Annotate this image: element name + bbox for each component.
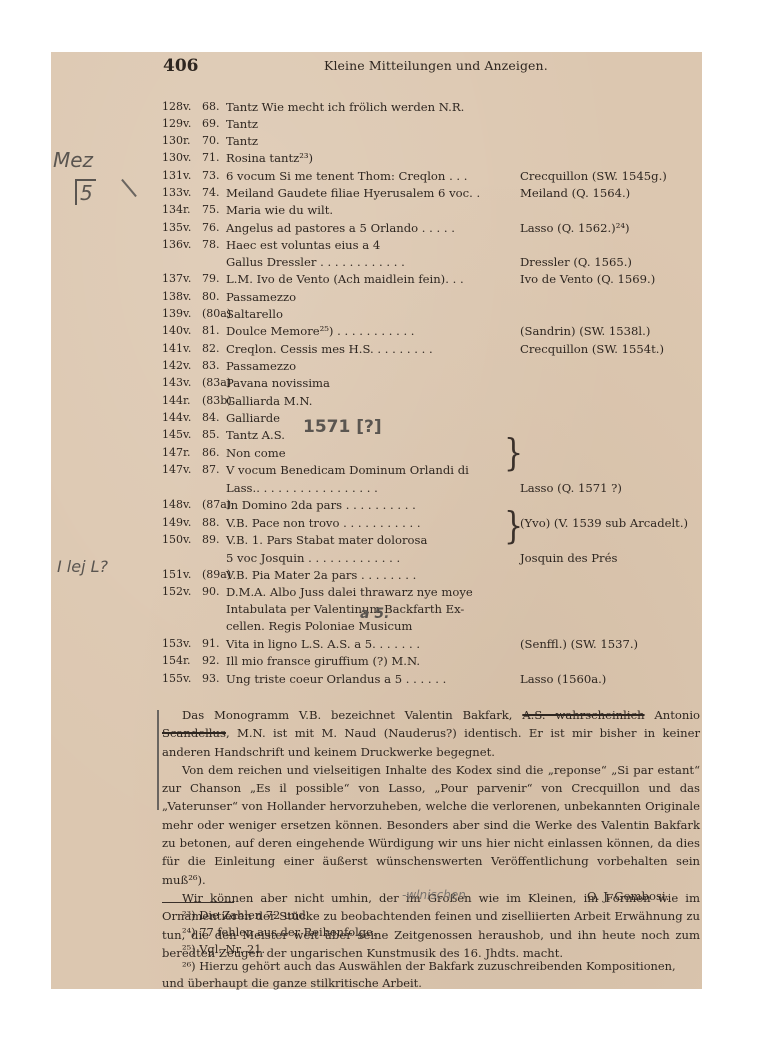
entry-title: Saltarello [226, 305, 283, 323]
entry-title: Intabulata per Valentinum Backfarth Ex- [226, 600, 464, 618]
entry-title: Passamezzo [226, 288, 296, 306]
body-text: Das Monogramm V.B. bezeichnet Valentin B… [162, 706, 700, 962]
entry-attribution: (Sandrin) (SW. 1538l.) [520, 322, 650, 340]
entry-title: Lass.. . . . . . . . . . . . . . . . . [226, 479, 378, 497]
footnote: ²⁶) Hierzu gehört auch das Auswählen der… [182, 959, 676, 973]
folio-number: 133v. [162, 184, 202, 202]
folio-number: 147v. [162, 461, 202, 479]
entry-title: Passamezzo [226, 357, 296, 375]
entry-attribution: Crecquillon (SW. 1545g.) [520, 167, 667, 185]
entry-title: Meiland Gaudete filiae Hyerusalem 6 voc.… [226, 184, 480, 202]
folio-number: 154r. [162, 652, 202, 670]
entry-attribution: (Senffl.) (SW. 1537.) [520, 635, 638, 653]
entry-title: Creqlon. Cessis mes H.S. . . . . . . . . [226, 340, 433, 358]
handwritten-inline-year: 1571 [?] [303, 417, 382, 437]
running-head: Kleine Mitteilungen und Anzeigen. [324, 58, 548, 73]
folio-number: 145v. [162, 426, 202, 444]
scanned-page: 406 Kleine Mitteilungen und Anzeigen. 12… [51, 52, 702, 989]
entry-attribution: Lasso (Q. 1562.)²⁴) [520, 219, 630, 237]
folio-number: 138v. [162, 288, 202, 306]
folio-number: 153v. [162, 635, 202, 653]
entry-title: Tantz [226, 132, 258, 150]
footnote: ²⁵) Vgl. Nr. 21. [182, 942, 265, 956]
entry-title: V.B. Pia Mater 2a pars . . . . . . . . [226, 566, 416, 584]
entry-title: Ill mio fransce giruffium (?) M.N. [226, 652, 420, 670]
entry-attribution: Lasso (Q. 1571 ?) [520, 479, 622, 497]
entry-title: Non come [226, 444, 286, 462]
brace-lasso: } [504, 435, 523, 473]
entry-title: In Domino 2da pars . . . . . . . . . . [226, 496, 416, 514]
entry-title: D.M.A. Albo Juss dalei thrawarz nye moye [226, 583, 473, 601]
folio-number: 144v. [162, 409, 202, 427]
entry-title: Pavana novissima [226, 374, 330, 392]
entry-title: Gallus Dressler . . . . . . . . . . . . [226, 253, 405, 271]
folio-number: 135v. [162, 219, 202, 237]
entry-title: V.B. Pace non trovo . . . . . . . . . . … [226, 514, 421, 532]
entry-attribution: Crecquillon (SW. 1554t.) [520, 340, 664, 358]
handwritten-margin-note: Mez [53, 148, 93, 172]
entry-title: Angelus ad pastores a 5 Orlando . . . . … [226, 219, 455, 237]
entry-title: Tantz [226, 115, 258, 133]
folio-number: 150v. [162, 531, 202, 549]
entry-title: Doulce Memore²⁵) . . . . . . . . . . . [226, 322, 415, 340]
pencil-tick-mark [121, 179, 137, 197]
page-number: 406 [163, 56, 199, 76]
entry-title: 5 voc Josquin . . . . . . . . . . . . . [226, 549, 400, 567]
entry-attribution: Ivo de Vento (Q. 1569.) [520, 270, 655, 288]
entry-title: Haec est voluntas eius a 4 [226, 236, 380, 254]
footnote-continuation: und überhaupt die ganze stilkritische Ar… [162, 976, 422, 990]
entry-title: Galliarda M.N. [226, 392, 312, 410]
folio-number: 136v. [162, 236, 202, 254]
paragraph-1: Das Monogramm V.B. bezeichnet Valentin B… [162, 706, 700, 761]
folio-number: 143v. [162, 374, 202, 392]
folio-number: 155v. [162, 670, 202, 688]
folio-number: 137v. [162, 270, 202, 288]
entry-title: Tantz A.S. [226, 426, 285, 444]
folio-number: 140v. [162, 322, 202, 340]
entry-attribution: Lasso (1560a.) [520, 670, 606, 688]
entry-title: Tantz Wie mecht ich frölich werden N.R. [226, 98, 464, 116]
entry-title: V vocum Benedicam Dominum Orlandi di [226, 461, 469, 479]
entry-title: L.M. Ivo de Vento (Ach maidlein fein). .… [226, 270, 464, 288]
footnote: ²³) Die Zahlen 72 und [182, 908, 306, 922]
author-signature: O. J. Gombosi. [587, 889, 669, 903]
entry-title: Ung triste coeur Orlandus a 5 . . . . . … [226, 670, 446, 688]
folio-number: 130r. [162, 132, 202, 150]
folio-number: 142v. [162, 357, 202, 375]
entry-attribution: Meiland (Q. 1564.) [520, 184, 630, 202]
folio-number: 147r. [162, 444, 202, 462]
entry-title: Rosina tantz²³) [226, 149, 313, 167]
entry-title: 6 vocum Si me tenent Thom: Creqlon . . . [226, 167, 468, 185]
entry-title: Maria wie du wilt. [226, 201, 333, 219]
folio-number: 151v. [162, 566, 202, 584]
folio-number: 148v. [162, 496, 202, 514]
entry-title: Galliarde [226, 409, 280, 427]
folio-number: 128v. [162, 98, 202, 116]
handwritten-margin-note: I lej L? [57, 557, 108, 576]
handwritten-inline-note: a 5. [360, 606, 389, 622]
handwritten-margin-box: 5 [75, 179, 96, 205]
footnote-rule [162, 902, 234, 903]
paragraph-2: Von dem reichen und vielseitigen Inhalte… [162, 761, 700, 889]
brace-josquin: } [504, 508, 523, 546]
folio-number: 139v. [162, 305, 202, 323]
entry-title: V.B. 1. Pars Stabat mater dolorosa [226, 531, 427, 549]
entry-attribution: (Yvo) (V. 1539 sub Arcadelt.) [520, 514, 688, 532]
entry-title: Vita in ligno L.S. A.S. a 5. . . . . . . [226, 635, 420, 653]
folio-number: 152v. [162, 583, 202, 601]
handwritten-bottom-note: -wlnischen [402, 888, 466, 902]
folio-number: 129v. [162, 115, 202, 133]
entry-attribution: Josquin des Prés [520, 549, 617, 567]
pencil-margin-line [157, 710, 159, 810]
folio-number: 130v. [162, 149, 202, 167]
entry-attribution: Dressler (Q. 1565.) [520, 253, 632, 271]
folio-number: 141v. [162, 340, 202, 358]
folio-number: 149v. [162, 514, 202, 532]
footnote: ²⁴) 77 fehlen aus der Reihenfolge. [182, 925, 376, 939]
folio-number: 134r. [162, 201, 202, 219]
folio-number: 144r. [162, 392, 202, 410]
folio-number: 131v. [162, 167, 202, 185]
